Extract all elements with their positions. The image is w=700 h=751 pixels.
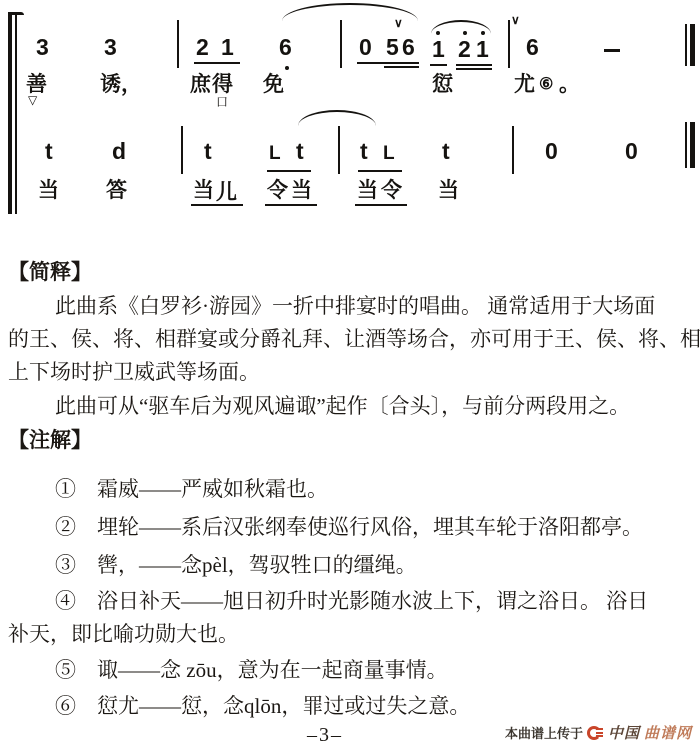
mouth-mark: 口 <box>216 96 228 108</box>
staff1-lyric: 尤 <box>514 74 535 95</box>
beam-line <box>357 62 419 64</box>
high-octave-dot <box>481 31 485 35</box>
staff2-note: 0 <box>625 140 638 163</box>
held-note-dash <box>604 49 620 52</box>
staff1-lyric: 得 <box>212 74 233 95</box>
staff2-note: 0 <box>545 140 558 163</box>
beam-line <box>430 64 447 66</box>
jianshi-line: 的王、侯、将、相群宴或分爵礼拜、让酒等场合，亦可用于王、侯、将、相 <box>8 329 700 350</box>
staff1-note: 0 <box>359 36 372 59</box>
watermark: 本曲谱上传于 中国曲谱网 <box>505 722 692 742</box>
staff2-note: t <box>296 140 304 163</box>
jianshi-line: 此曲系《白罗衫·游园》一折中排宴时的唱曲。 通常适用于大场面 <box>55 296 655 317</box>
lyric-underline <box>191 204 243 206</box>
staff2-note: t <box>442 140 450 163</box>
breath-mark: ∨ <box>511 14 520 26</box>
section-heading-jianshi: 【简释】 <box>8 262 92 283</box>
page-number: –3– <box>285 724 365 747</box>
score-page: ∨ ∨ 3 3 2 1 6 0 5 6 1 2 1 6 善 诱， 庶 得 免 愆… <box>0 0 700 751</box>
end-barline-thick <box>690 24 695 66</box>
staff2-note: d <box>112 140 126 163</box>
jianshi-line: 上下场时护卫威武等场面。 <box>8 362 260 383</box>
breath-mark: ∨ <box>394 17 403 29</box>
footnote-line: ④ 浴日补天——旭日初升时光影随水波上下，谓之浴日。 浴日 <box>55 591 648 612</box>
staff1-lyric: 诱， <box>100 74 142 95</box>
staff2-note: t <box>45 140 53 163</box>
footnote-line: ⑥ 愆尤——愆，念qlōn，罪过或过失之意。 <box>55 696 470 717</box>
staff1-note: 1 <box>221 36 234 59</box>
beam-line <box>358 170 402 172</box>
staff2-lyric: 令 <box>381 180 402 201</box>
system-bracket-cap <box>8 12 24 15</box>
staff2-lyric: 答 <box>106 180 127 201</box>
staff2-lyric: 当 <box>193 180 214 201</box>
end-barline-thick <box>690 122 695 168</box>
end-barline-thin <box>685 122 687 168</box>
zhongguo-qupuwang-logo-icon <box>587 725 604 740</box>
beam-line <box>384 66 419 68</box>
beam-line <box>456 64 492 66</box>
footnote-line: ⑤ 诹——念 zōu，意为在一起商量事情。 <box>55 660 448 681</box>
jianshi-line: 此曲可从“驱车后为观风遍诹”起作〔合头〕，与前分两段用之。 <box>55 396 630 417</box>
staff1-note: 3 <box>36 36 49 59</box>
staff1-note: 6 <box>402 36 415 59</box>
staff1-lyric: 。 <box>559 74 580 95</box>
beam-line <box>194 62 240 64</box>
footnote-line: ② 埋轮——系后汉张纲奉使巡行风俗，埋其车轮于洛阳都亭。 <box>55 517 643 538</box>
low-octave-dot <box>285 66 289 70</box>
beam-line <box>456 68 492 70</box>
barline <box>512 126 514 174</box>
lyric-underline <box>355 204 407 206</box>
staff1-lyric: 庶 <box>190 74 211 95</box>
barline <box>338 126 340 174</box>
footnote-ref-circle: ⑥ <box>539 77 553 93</box>
footnote-line: ① 霜威——严威如秋霜也。 <box>55 479 328 500</box>
site-name: 曲谱网 <box>644 722 692 743</box>
section-heading-zhujie: 【注解】 <box>8 430 92 451</box>
staff2-lyric: 当 <box>357 180 378 201</box>
staff2-note: L <box>383 144 395 163</box>
footnote-line: 补天，即比喻功勋大也。 <box>8 624 239 645</box>
staff1-lyric: 愆 <box>432 74 453 95</box>
staff2-lyric: 儿 <box>216 182 237 203</box>
barline <box>181 126 183 174</box>
tie-arc <box>298 110 376 126</box>
staff1-lyric: 免 <box>263 74 284 95</box>
staff2-lyric: 当 <box>291 180 312 201</box>
staff2-note: t <box>360 140 368 163</box>
staff1-note: 1 <box>476 38 489 61</box>
staff2-note: L <box>269 144 281 163</box>
staff1-note: 2 <box>196 36 209 59</box>
barline <box>177 20 179 68</box>
footnote-line: ③ 辔，——念pèl，驾驭牲口的缰绳。 <box>55 555 417 576</box>
staff2-lyric: 当 <box>38 180 59 201</box>
end-barline-thin <box>685 24 687 66</box>
lyric-underline <box>265 204 317 206</box>
high-octave-dot <box>463 31 467 35</box>
staff2-lyric: 令 <box>267 180 288 201</box>
staff1-note: 6 <box>279 36 292 59</box>
staff1-note: 1 <box>432 38 445 61</box>
beam-line <box>267 170 311 172</box>
triangle-accent-mark: ▽ <box>28 94 37 106</box>
staff2-lyric: 当 <box>438 180 459 201</box>
staff1-note: 6 <box>526 36 539 59</box>
staff1-note: 2 <box>458 38 471 61</box>
staff1-note: 3 <box>104 36 117 59</box>
staff1-lyric: 善 <box>26 74 47 95</box>
staff1-note: 5 <box>386 36 399 59</box>
staff2-note: t <box>204 140 212 163</box>
system-bracket-line <box>15 12 17 214</box>
site-name: 中国 <box>608 722 640 743</box>
system-bracket-line <box>8 12 12 214</box>
barline <box>340 20 342 68</box>
barline <box>508 20 510 68</box>
watermark-text: 本曲谱上传于 <box>505 723 583 742</box>
high-octave-dot <box>436 31 440 35</box>
